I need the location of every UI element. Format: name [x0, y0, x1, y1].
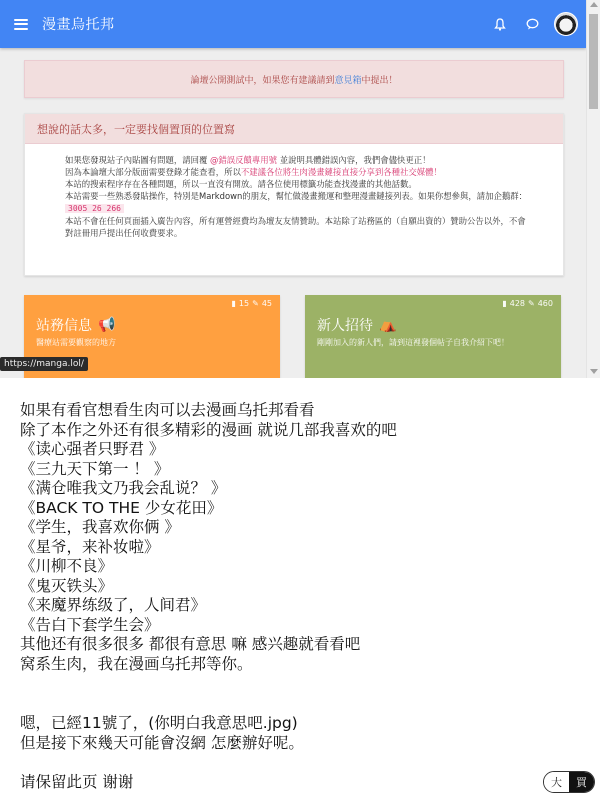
scroll-thumb[interactable]: [589, 14, 598, 109]
qq-group-number: 3005 26 266: [65, 204, 124, 213]
alert-prefix: 論壇公開測試中，如果您有建議請到: [190, 73, 334, 86]
website-screenshot: 漫畫烏托邦 論壇公開測試中，如果您有建議請到 意見箱 中提出！ 想說的話太多，一…: [0, 0, 600, 378]
recommendation-text: 如果有看官想看生肉可以去漫画乌托邦看看 除了本作之外还有很多精彩的漫画 就说几部…: [20, 401, 397, 674]
notice-line: 並說明具體錯誤內容，我們會儘快更正！: [277, 155, 430, 165]
link-url-tooltip: https://manga.lol/: [0, 357, 88, 371]
pencil-icon: ✎: [528, 299, 535, 308]
category-title[interactable]: 新人招待: [317, 315, 373, 335]
pencil-icon: ✎: [252, 299, 259, 308]
scan-text-page: 如果有看官想看生肉可以去漫画乌托邦看看 除了本作之外还有很多精彩的漫画 就说几部…: [0, 378, 600, 800]
pinned-notice-card: 想說的話太多，一定要找個置頂的位置寫 如果您發現站子內貼圖有問題，請回覆 @錯誤…: [24, 113, 564, 276]
beta-alert-banner: 論壇公開測試中，如果您有建議請到 意見箱 中提出！: [24, 60, 564, 98]
app-title[interactable]: 漫畫烏托邦: [42, 14, 115, 34]
category-card-newcomers[interactable]: ▮ 428 ✎ 460 新人招待 ⛺ 剛剛加入的新人們，請到這裡發個帖子自我介紹…: [305, 295, 561, 378]
topic-count: 428: [510, 299, 525, 308]
post-count: 460: [538, 299, 553, 308]
scrollbar[interactable]: [586, 0, 600, 378]
translator-note: 嗯，已經11號了，(你明白我意思吧.jpg) 但是接下來幾天可能會沒網 怎麼辦好…: [20, 714, 304, 753]
app-bar: 漫畫烏托邦: [0, 0, 586, 48]
category-counts: ▮ 15 ✎ 45: [232, 299, 272, 308]
campground-icon: ⛺: [379, 317, 396, 333]
notice-title[interactable]: 想說的話太多，一定要找個置頂的位置寫: [25, 114, 563, 144]
badge-left-glyph: 大: [544, 772, 569, 792]
megaphone-icon: 📢: [98, 317, 115, 333]
badge-right-glyph: 買: [569, 772, 594, 792]
topics-icon: ▮: [232, 299, 236, 308]
topics-icon: ▮: [502, 299, 506, 308]
error-report-mention-link[interactable]: @錯誤反饋專用號: [210, 155, 277, 165]
notice-line: 本站的搜索程序存在各種問題，所以一直沒有開放。請各位使用標籤功能查找漫畫的其他話…: [65, 178, 533, 190]
post-count: 45: [262, 299, 272, 308]
notice-line: 本站不會在任何頁面插入廣告內容，所有運營經費均為壇友友情贊助。本站除了站務區的（…: [65, 215, 533, 239]
share-warning-text: 不建議各位將生肉漫畫鏈接直接分享到各種社交媒體！: [241, 167, 442, 177]
notice-line: 如果您發現站子內貼圖有問題，請回覆: [65, 155, 210, 165]
topic-count: 15: [239, 299, 249, 308]
scroll-up-arrow-icon[interactable]: [590, 2, 598, 7]
category-counts: ▮ 428 ✎ 460: [502, 299, 553, 308]
notice-line: 本站需要一些熟悉發貼操作，特別是Markdown的朋友，幫忙做漫畫搬運和整理漫畫…: [65, 191, 527, 201]
category-title[interactable]: 站務信息: [36, 315, 92, 335]
feedback-box-link[interactable]: 意見箱: [334, 73, 361, 86]
chat-icon[interactable]: [522, 14, 542, 34]
alert-suffix: 中提出！: [362, 73, 398, 86]
avatar[interactable]: [554, 12, 578, 36]
bell-icon[interactable]: [490, 14, 510, 34]
category-description: 醫療站需要觀察的地方: [36, 337, 116, 348]
category-description: 剛剛加入的新人們，請到這裡發個帖子自我介紹下吧！: [317, 337, 509, 348]
menu-icon[interactable]: [14, 19, 28, 30]
notice-body: 如果您發現站子內貼圖有問題，請回覆 @錯誤反饋專用號 並說明具體錯誤內容，我們會…: [25, 144, 563, 239]
notice-line: 因為本論壇大部分版面需要登錄才能查看，所以: [65, 167, 241, 177]
group-logo-badge: 大 買: [543, 771, 595, 793]
scroll-down-arrow-icon[interactable]: [590, 369, 598, 374]
keep-page-note: 请保留此页 谢谢: [20, 773, 133, 793]
